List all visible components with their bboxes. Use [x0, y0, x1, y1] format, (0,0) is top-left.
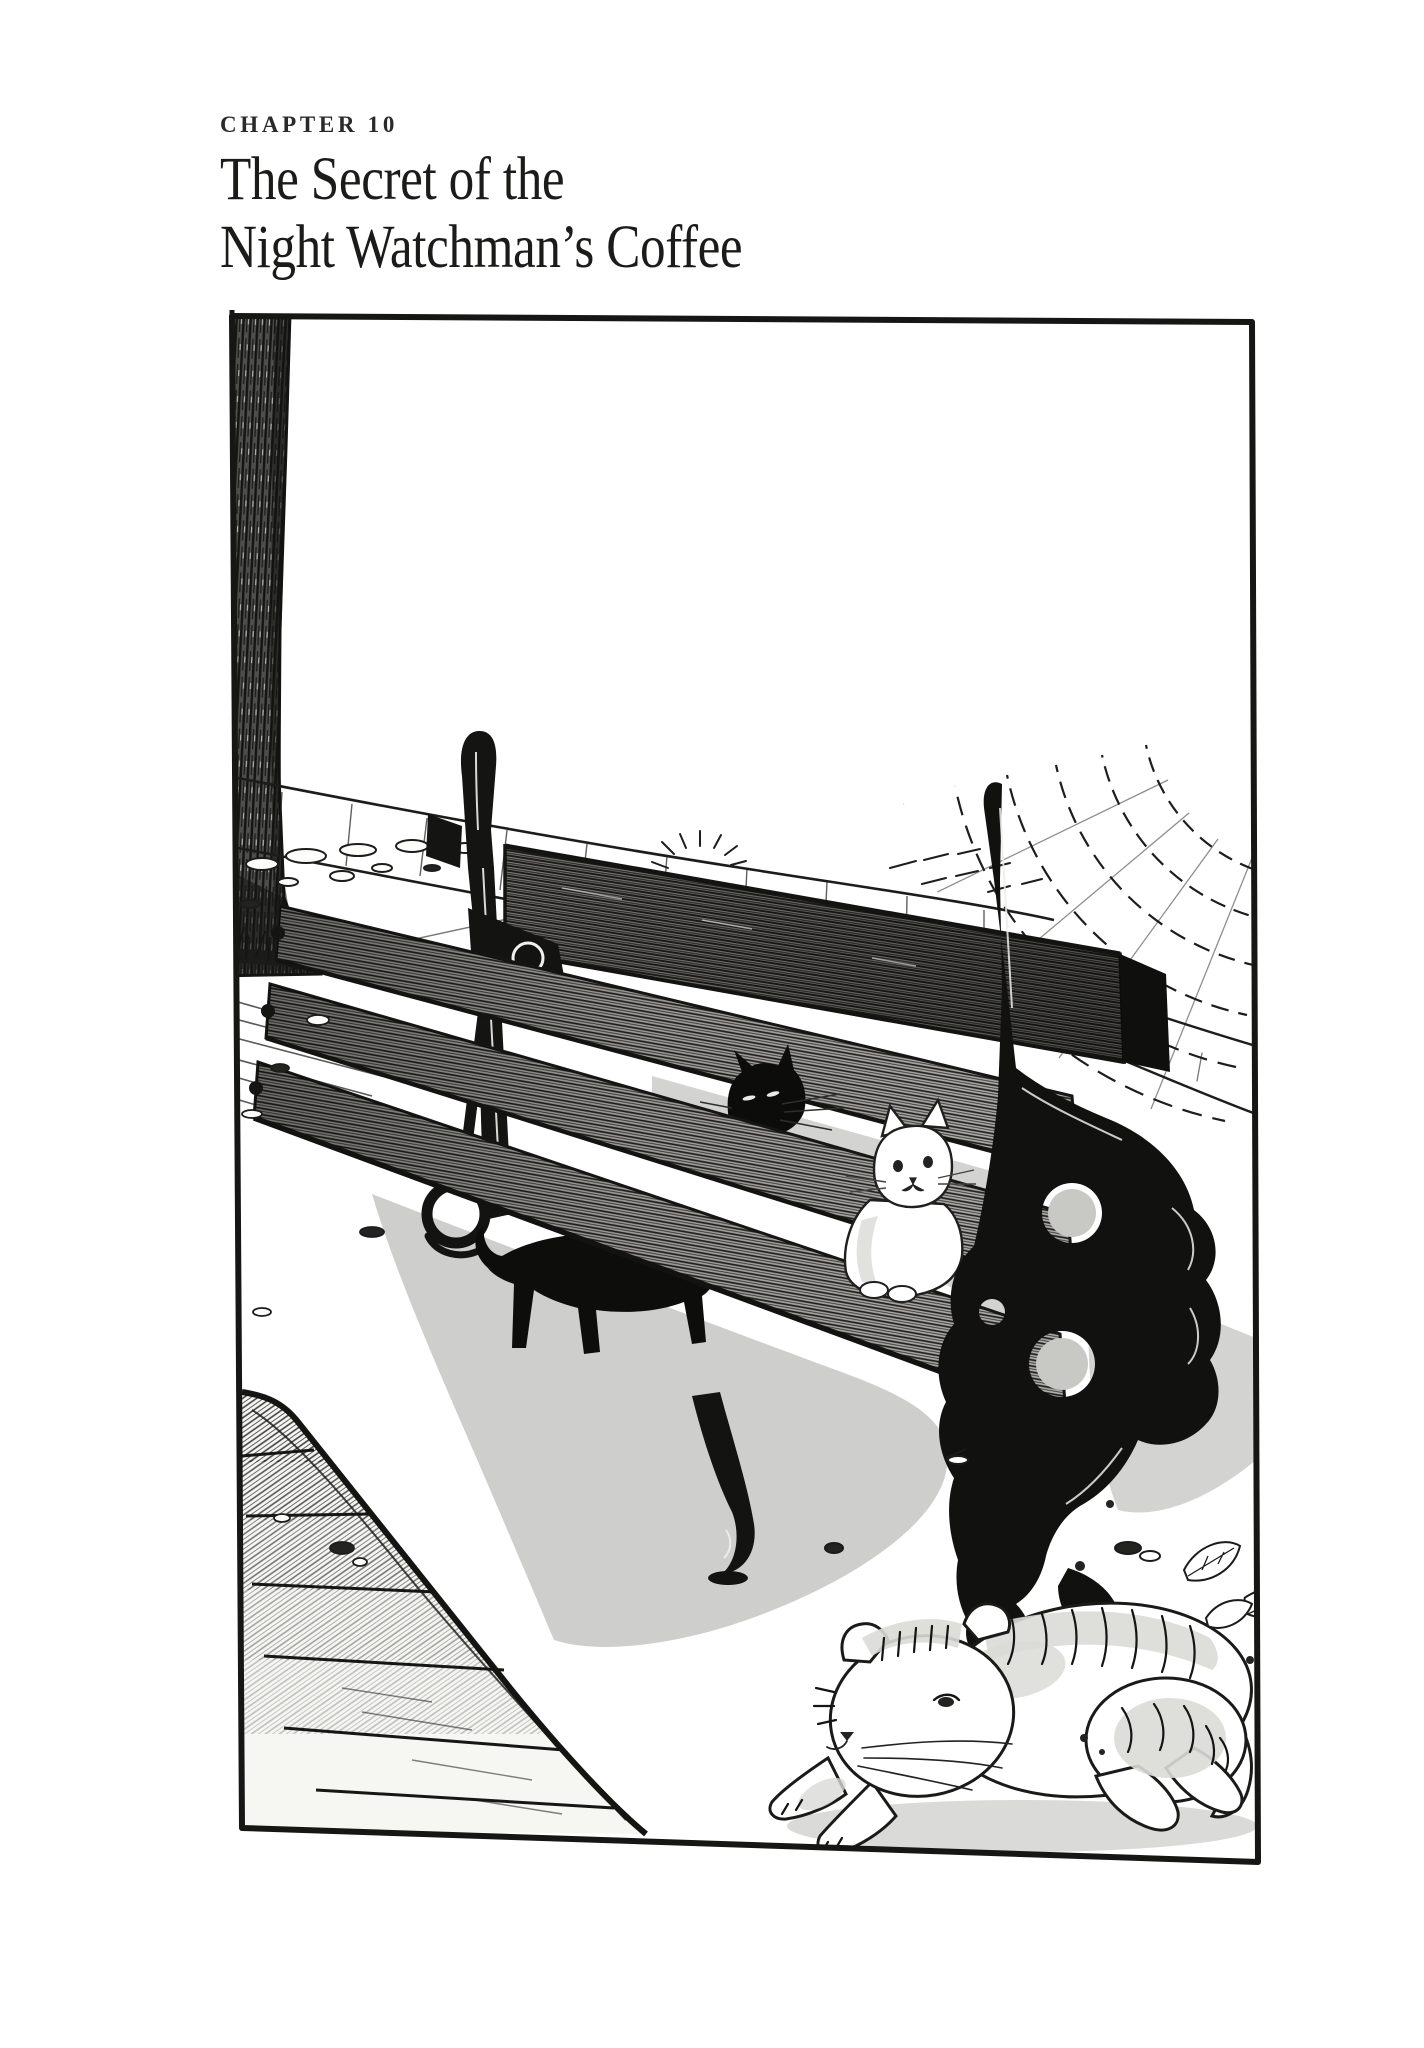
chapter-header: CHAPTER 10 The Secret of theNight Watchm… — [220, 112, 1120, 283]
chapter-title-line1: The Secret of the — [220, 146, 976, 214]
chapter-label: CHAPTER 10 — [220, 112, 1120, 138]
chapter-illustration — [222, 308, 1262, 1868]
tabby-eye-pupil — [938, 1697, 954, 1707]
book-page: CHAPTER 10 The Secret of theNight Watchm… — [0, 0, 1424, 2048]
chapter-title-line2: Night Watchman’s Coffee — [220, 214, 976, 282]
white-cat-head — [874, 1126, 952, 1207]
white-cat-left-eye — [893, 1160, 903, 1172]
chapter-title: The Secret of theNight Watchman’s Coffee — [220, 146, 976, 283]
white-cat-paw — [888, 1286, 916, 1302]
illustration-canvas — [222, 308, 1262, 1868]
white-cat-right-eye — [923, 1156, 933, 1168]
white-cat-paw — [860, 1282, 888, 1298]
